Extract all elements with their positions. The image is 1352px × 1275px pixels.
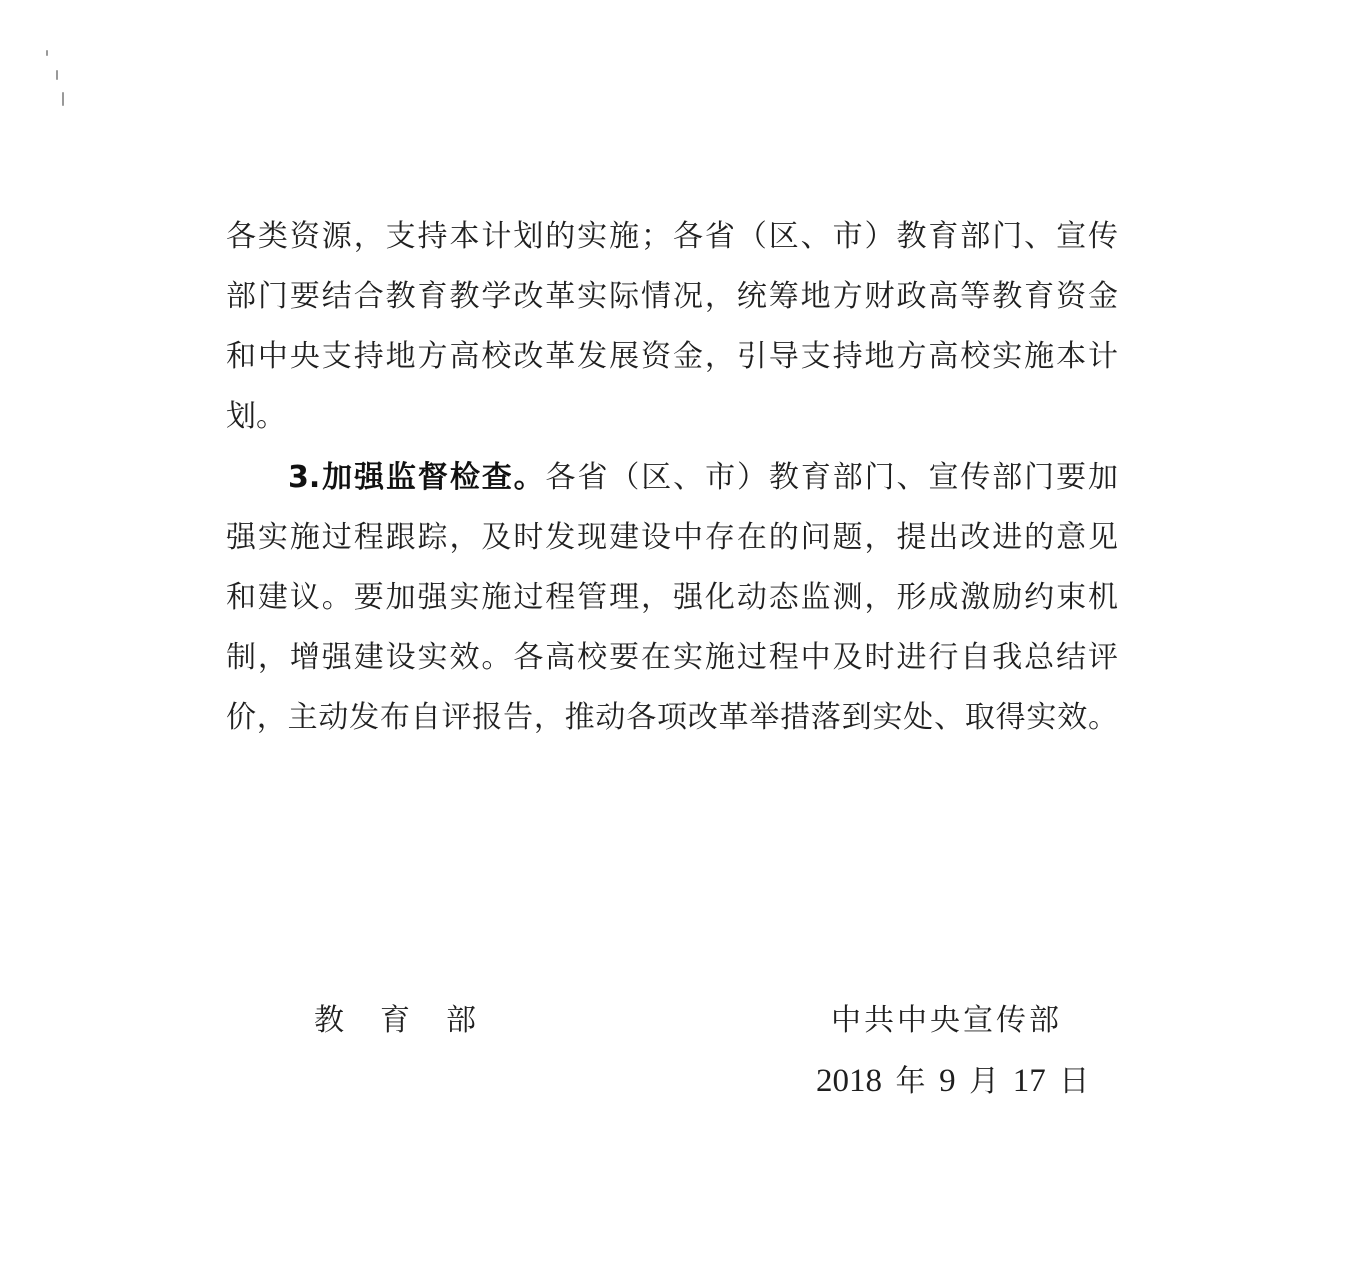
- date-day-unit: 日: [1059, 1064, 1089, 1099]
- paragraph-line: 强实施过程跟踪，及时发现建设中存在的问题，提出改进的意见: [226, 518, 1118, 558]
- section-heading: 3.加强监督检查。: [288, 460, 546, 495]
- document-date: 2018 年 9 月 17 日: [816, 1061, 1089, 1102]
- date-year-unit: 年: [896, 1064, 926, 1099]
- date-month-unit: 月: [969, 1064, 999, 1099]
- scan-artifact: [62, 92, 64, 106]
- document-page: 各类资源，支持本计划的实施；各省（区、市）教育部门、宣传 部门要结合教育教学改革…: [0, 0, 1352, 1275]
- date-month: 9: [939, 1063, 956, 1099]
- section-3-first-line: 3.加强监督检查。各省（区、市）教育部门、宣传部门要加: [288, 458, 1118, 498]
- date-year: 2018: [816, 1063, 882, 1099]
- paragraph-line: 和中央支持地方高校改革发展资金，引导支持地方高校实施本计: [226, 337, 1118, 377]
- paragraph-line: 部门要结合教育教学改革实际情况，统筹地方财政高等教育资金: [226, 277, 1118, 317]
- signature-publicity-department: 中共中央宣传部: [831, 1001, 1062, 1041]
- paragraph-line: 和建议。要加强实施过程管理，强化动态监测，形成激励约束机: [226, 578, 1118, 618]
- section-text: 各省（区、市）教育部门、宣传部门要加: [546, 460, 1118, 495]
- date-day: 17: [1013, 1063, 1046, 1099]
- paragraph-line: 各类资源，支持本计划的实施；各省（区、市）教育部门、宣传: [226, 217, 1118, 257]
- paragraph-line: 价，主动发布自评报告，推动各项改革举措落到实处、取得实效。: [226, 698, 1118, 738]
- scan-artifact: [46, 50, 48, 56]
- paragraph-line: 制，增强建设实效。各高校要在实施过程中及时进行自我总结评: [226, 638, 1118, 678]
- scan-artifact: [56, 70, 58, 80]
- paragraph-line: 划。: [226, 397, 1118, 437]
- signature-ministry-of-education: 教育部: [314, 1001, 512, 1041]
